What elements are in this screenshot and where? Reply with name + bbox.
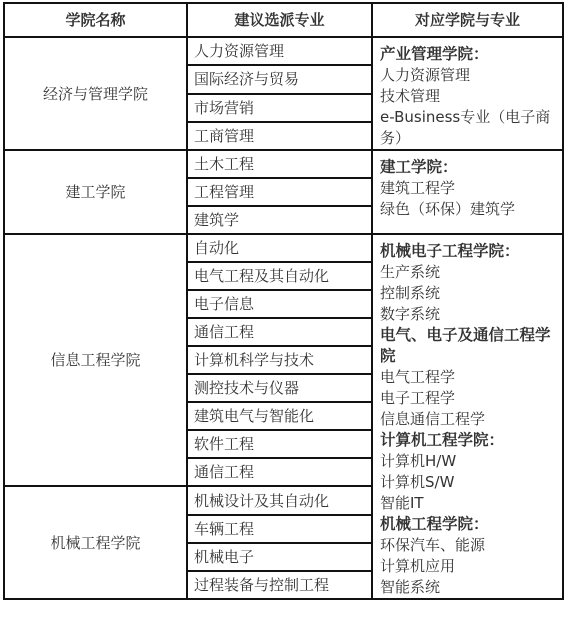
major-cell: 电子信息 [187, 290, 372, 318]
major-cell: 工商管理 [187, 122, 372, 150]
college-cell: 建工学院 [4, 150, 187, 234]
major-cell: 工程管理 [187, 178, 372, 206]
mapping-major: 电子工程学 [380, 388, 556, 409]
major-cell: 软件工程 [187, 430, 372, 458]
college-cell: 信息工程学院 [4, 234, 187, 486]
mapping-cell: 机械电子工程学院： 生产系统 控制系统 数字系统 电气、电子及通信工程学院 电气… [372, 234, 563, 599]
mapping-major: 人力资源管理 [380, 65, 556, 86]
mapping-major: 计算机S/W [380, 472, 556, 493]
mapping-college-heading: 机械工程学院： [380, 514, 556, 535]
header-row: 学院名称 建议选派专业 对应学院与专业 [4, 3, 563, 37]
table-row: 建工学院 土木工程 建工学院： 建筑工程学 绿色（环保）建筑学 [4, 150, 563, 178]
major-cell: 国际经济与贸易 [187, 65, 372, 93]
major-cell: 市场营销 [187, 94, 372, 122]
mapping-cell: 产业管理学院： 人力资源管理 技术管理 e-Business专业（电子商务） [372, 37, 563, 150]
mapping-major: 数字系统 [380, 304, 556, 325]
mapping-major: 电气工程学 [380, 367, 556, 388]
major-cell: 通信工程 [187, 458, 372, 486]
mapping-major: 建筑工程学 [380, 178, 556, 199]
mapping-major: 绿色（环保）建筑学 [380, 199, 556, 220]
mapping-college-heading: 建工学院： [380, 157, 556, 178]
mapping-major: 环保汽车、能源 [380, 535, 556, 556]
mapping-college-heading: 产业管理学院： [380, 44, 556, 65]
college-cell: 经济与管理学院 [4, 37, 187, 150]
major-cell: 自动化 [187, 234, 372, 262]
college-cell: 机械工程学院 [4, 486, 187, 599]
mapping-college-heading: 电气、电子及通信工程学院 [380, 325, 556, 367]
major-cell: 通信工程 [187, 318, 372, 346]
major-mapping-table: 学院名称 建议选派专业 对应学院与专业 经济与管理学院 人力资源管理 产业管理学… [3, 2, 564, 600]
mapping-major: 智能IT [380, 493, 556, 514]
mapping-major: 智能系统 [380, 577, 556, 598]
major-cell: 过程装备与控制工程 [187, 571, 372, 599]
mapping-major: 控制系统 [380, 283, 556, 304]
table-row: 经济与管理学院 人力资源管理 产业管理学院： 人力资源管理 技术管理 e-Bus… [4, 37, 563, 65]
mapping-major: 计算机应用 [380, 556, 556, 577]
mapping-major: e-Business专业（电子商务） [380, 107, 556, 149]
major-cell: 计算机科学与技术 [187, 346, 372, 374]
mapping-major: 计算机H/W [380, 451, 556, 472]
major-cell: 机械电子 [187, 543, 372, 571]
header-college-name: 学院名称 [4, 3, 187, 37]
mapping-college-heading: 机械电子工程学院： [380, 241, 556, 262]
header-recommended-majors: 建议选派专业 [187, 3, 372, 37]
major-cell: 建筑电气与智能化 [187, 402, 372, 430]
major-cell: 车辆工程 [187, 515, 372, 543]
mapping-major: 生产系统 [380, 262, 556, 283]
mapping-college-heading: 计算机工程学院： [380, 430, 556, 451]
header-corresponding-college: 对应学院与专业 [372, 3, 563, 37]
mapping-major: 信息通信工程学 [380, 409, 556, 430]
major-cell: 人力资源管理 [187, 37, 372, 65]
major-cell: 土木工程 [187, 150, 372, 178]
mapping-major: 技术管理 [380, 86, 556, 107]
major-cell: 测控技术与仪器 [187, 374, 372, 402]
table-row: 信息工程学院 自动化 机械电子工程学院： 生产系统 控制系统 数字系统 电气、电… [4, 234, 563, 262]
major-cell: 机械设计及其自动化 [187, 486, 372, 515]
major-cell: 电气工程及其自动化 [187, 262, 372, 290]
major-cell: 建筑学 [187, 206, 372, 234]
mapping-cell: 建工学院： 建筑工程学 绿色（环保）建筑学 [372, 150, 563, 234]
